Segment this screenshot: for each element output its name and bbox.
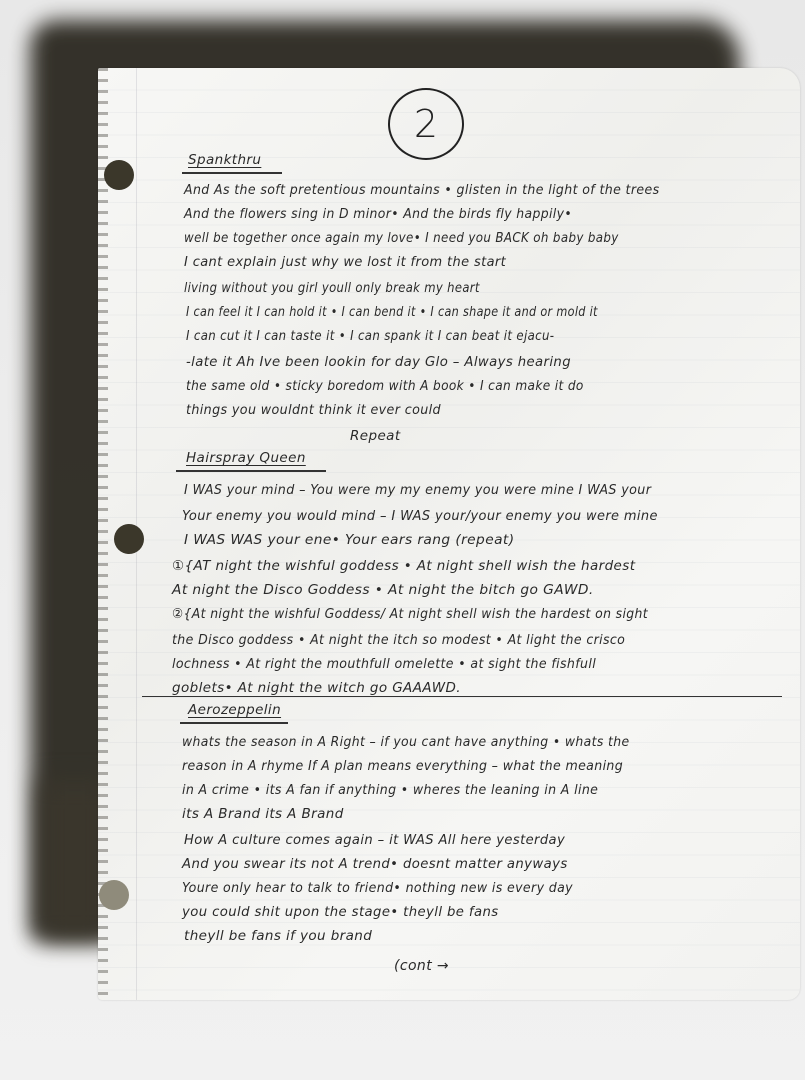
continuation-note: (cont → (394, 958, 449, 974)
torn-edge (98, 68, 108, 1000)
lyric-line: things you wouldnt think it ever could (186, 402, 441, 418)
notebook-page: 2 Spankthru And As the soft pretentious … (98, 68, 800, 1000)
lyric-line: Your enemy you would mind – I WAS your/y… (182, 508, 658, 524)
lyric-line: reason in A rhyme If A plan means everyt… (182, 758, 623, 774)
lyric-line: whats the season in A Right – if you can… (182, 734, 629, 750)
song-title-hairspray-queen: Hairspray Queen (186, 450, 306, 466)
lyric-line: you could shit upon the stage• theyll be… (182, 904, 499, 920)
lyric-line: I can cut it I can taste it • I can span… (186, 328, 554, 344)
lyric-line: And the flowers sing in D minor• And the… (184, 206, 572, 222)
lyric-line: lochness • At right the mouthfull omelet… (172, 656, 596, 672)
binder-hole (104, 160, 134, 190)
song-title-spankthru: Spankthru (188, 152, 261, 168)
lyric-line: Youre only hear to talk to friend• nothi… (182, 880, 573, 896)
lyric-line: goblets• At night the witch go GAAAWD. (172, 680, 461, 696)
lyric-line: in A crime • its A fan if anything • whe… (182, 782, 598, 798)
lyric-line: theyll be fans if you brand (184, 928, 372, 944)
title-underline (180, 722, 288, 724)
lyric-line: I can feel it I can hold it • I can bend… (186, 304, 598, 320)
lyric-line: its A Brand its A Brand (182, 806, 344, 822)
lyric-line: How A culture comes again – it WAS All h… (184, 832, 565, 848)
lyric-line: ②{At night the wishful Goddess/ At night… (172, 606, 648, 622)
lyric-line: living without you girl youll only break… (184, 280, 480, 296)
repeat-note: Repeat (350, 428, 401, 444)
section-divider (142, 696, 782, 697)
lyric-line: I WAS your mind – You were my my enemy y… (184, 482, 651, 498)
lyric-line: I WAS WAS your ene• Your ears rang (repe… (184, 532, 515, 548)
title-underline (182, 172, 282, 174)
song-title-aerozeppelin: Aerozeppelin (188, 702, 281, 718)
lyric-line: I cant explain just why we lost it from … (184, 254, 506, 270)
binder-hole (114, 524, 144, 554)
lyric-line: -late it Ah Ive been lookin for day Glo … (186, 354, 571, 370)
lyric-line: ①{AT night the wishful goddess • At nigh… (172, 558, 635, 574)
lyric-line: the Disco goddess • At night the itch so… (172, 632, 625, 648)
page-number: 2 (388, 88, 464, 160)
title-underline (176, 470, 326, 472)
lyric-line: the same old • sticky boredom with A boo… (186, 378, 584, 394)
lyric-line: And As the soft pretentious mountains • … (184, 182, 659, 198)
lyric-line: At night the Disco Goddess • At night th… (172, 582, 594, 598)
binder-hole (99, 880, 129, 910)
lyric-line: And you swear its not A trend• doesnt ma… (182, 856, 568, 872)
lyric-line: well be together once again my love• I n… (184, 230, 619, 246)
